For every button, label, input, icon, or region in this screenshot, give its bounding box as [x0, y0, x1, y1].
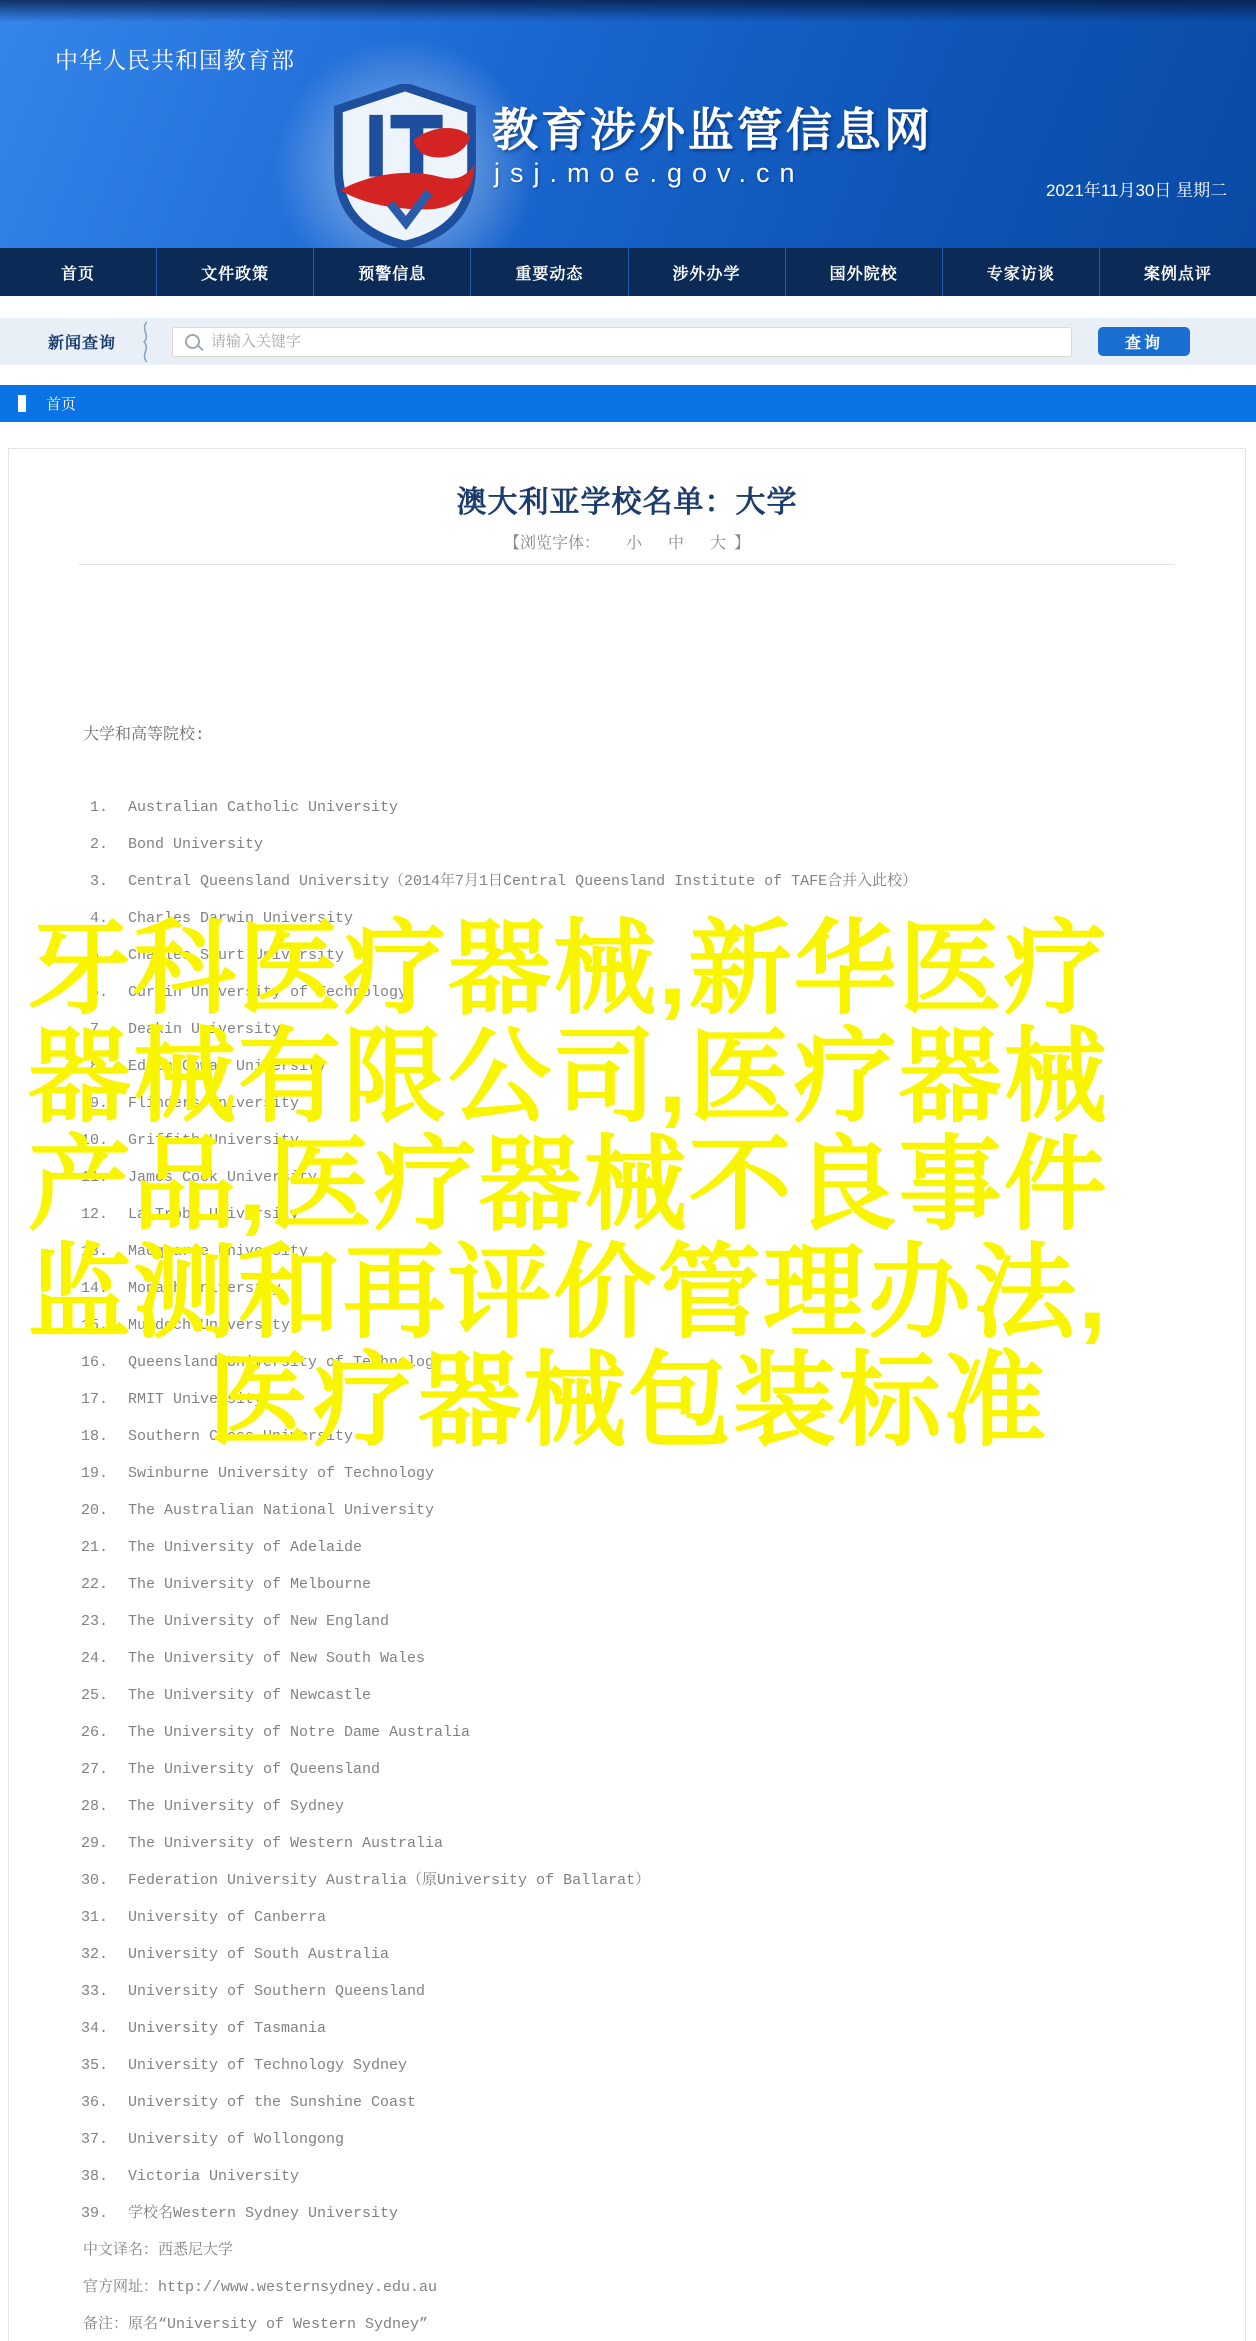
list-item-number: 5. — [73, 937, 108, 974]
list-item: 23. The University of New England — [9, 1603, 1245, 1640]
list-item-number: 29. — [73, 1825, 108, 1862]
list-item: 19. Swinburne University of Technology — [9, 1455, 1245, 1492]
list-item-name: University of Tasmania — [128, 2010, 326, 2047]
list-item-number: 14. — [73, 1270, 108, 1307]
search-icon — [185, 334, 200, 349]
list-item-number: 2. — [73, 826, 108, 863]
nav-item[interactable]: 国外院校 — [785, 248, 942, 296]
list-item: 32. University of South Australia — [9, 1936, 1245, 1973]
list-item-name: The University of Queensland — [128, 1751, 380, 1788]
section-heading: 大学和高等院校: — [83, 721, 205, 744]
list-item: 2. Bond University — [9, 826, 1245, 863]
list-item: 6. Curtin University of Technology — [9, 974, 1245, 1011]
list-item-number: 34. — [73, 2010, 108, 2047]
list-item-number: 28. — [73, 1788, 108, 1825]
list-item: 22. The University of Melbourne — [9, 1566, 1245, 1603]
list-item-number: 1. — [73, 789, 108, 826]
list-item-name: 学校名Western Sydney University — [128, 2195, 398, 2232]
nav-item[interactable]: 专家访谈 — [942, 248, 1099, 296]
list-item-name: Curtin University of Technology — [128, 974, 407, 1011]
list-item-number: 35. — [73, 2047, 108, 2084]
ministry-label: 中华人民共和国教育部 — [55, 42, 295, 75]
list-item-name: Victoria University — [128, 2158, 299, 2195]
search-input-box — [172, 327, 1072, 357]
list-item: 3. Central Queensland University（2014年7月… — [9, 863, 1245, 900]
list-item-number: 32. — [73, 1936, 108, 1973]
font-size-option[interactable]: 大 — [710, 535, 726, 552]
list-item: 12. La Trobe University — [9, 1196, 1245, 1233]
list-item-number: 31. — [73, 1899, 108, 1936]
list-item: 5. Charles Sturt University — [9, 937, 1245, 974]
list-item: 8. Edith Cowan University — [9, 1048, 1245, 1085]
list-item-number: 37. — [73, 2121, 108, 2158]
list-item: 26. The University of Notre Dame Austral… — [9, 1714, 1245, 1751]
list-item-name: The Australian National University — [128, 1492, 434, 1529]
nav-item[interactable]: 案例点评 — [1099, 248, 1256, 296]
list-item-name: Southern Cross University — [128, 1418, 353, 1455]
list-item-number: 19. — [73, 1455, 108, 1492]
list-item-number: 11. — [73, 1159, 108, 1196]
list-item-name: Central Queensland University（2014年7月1日C… — [128, 863, 917, 900]
list-item: 28. The University of Sydney — [9, 1788, 1245, 1825]
list-item: 9. Flinders University — [9, 1085, 1245, 1122]
list-item-number: 3. — [73, 863, 108, 900]
nav-item[interactable]: 涉外办学 — [628, 248, 785, 296]
list-item-number: 36. — [73, 2084, 108, 2121]
search-label: 新闻查询 — [48, 330, 116, 353]
list-item: 33. University of Southern Queensland — [9, 1973, 1245, 2010]
list-item: 14. Monash University — [9, 1270, 1245, 1307]
university-list: 1. Australian Catholic University 2. Bon… — [9, 789, 1245, 2232]
list-item: 7. Deakin University — [9, 1011, 1245, 1048]
list-item-name: Flinders University — [128, 1085, 299, 1122]
list-item-name: The University of Adelaide — [128, 1529, 362, 1566]
list-item-number: 27. — [73, 1751, 108, 1788]
nav-item[interactable]: 文件政策 — [156, 248, 313, 296]
list-item-name: James Cook University — [128, 1159, 317, 1196]
site-title: 教育涉外监管信息网 — [492, 94, 933, 160]
font-size-controls: 【浏览字体：小中大】 — [9, 530, 1245, 553]
list-item: 17. RMIT University — [9, 1381, 1245, 1418]
notes-block: 中文译名：西悉尼大学 官方网址：http://www.westernsydney… — [83, 2232, 437, 2341]
list-item-name: The University of Melbourne — [128, 1566, 371, 1603]
list-item-name: University of Canberra — [128, 1899, 326, 1936]
list-item-number: 8. — [73, 1048, 108, 1085]
list-item-number: 24. — [73, 1640, 108, 1677]
breadcrumb: 首页 — [0, 385, 1256, 422]
note-line: 备注：原名“University of Western Sydney” — [83, 2306, 437, 2341]
list-item: 16. Queensland University of Technology — [9, 1344, 1245, 1381]
list-item-name: The University of Newcastle — [128, 1677, 371, 1714]
list-item-name: University of Southern Queensland — [128, 1973, 425, 2010]
list-item-name: Edith Cowan University — [128, 1048, 326, 1085]
nav-item[interactable]: 重要动态 — [470, 248, 627, 296]
font-size-option[interactable]: 小 — [626, 535, 642, 552]
list-item-number: 22. — [73, 1566, 108, 1603]
brace-divider-icon — [138, 320, 150, 364]
list-item-number: 17. — [73, 1381, 108, 1418]
list-item: 21. The University of Adelaide — [9, 1529, 1245, 1566]
list-item-number: 33. — [73, 1973, 108, 2010]
list-item-number: 16. — [73, 1344, 108, 1381]
list-item-number: 10. — [73, 1122, 108, 1159]
list-item-name: Murdoch University — [128, 1307, 290, 1344]
list-item-name: Bond University — [128, 826, 263, 863]
font-size-label: 【浏览字体： — [504, 535, 600, 552]
font-size-option[interactable]: 中 — [668, 535, 684, 552]
search-button[interactable]: 查询 — [1098, 327, 1190, 356]
list-item-number: 20. — [73, 1492, 108, 1529]
breadcrumb-marker-icon — [18, 395, 26, 412]
list-item: 39. 学校名Western Sydney University — [9, 2195, 1245, 2232]
list-item-name: Griffith University — [128, 1122, 299, 1159]
list-item: 20. The Australian National University — [9, 1492, 1245, 1529]
list-item-number: 39. — [73, 2195, 108, 2232]
list-item-number: 23. — [73, 1603, 108, 1640]
list-item: 25. The University of Newcastle — [9, 1677, 1245, 1714]
list-item-number: 9. — [73, 1085, 108, 1122]
font-size-label-close: 】 — [734, 535, 750, 552]
list-item-name: Charles Darwin University — [128, 900, 353, 937]
list-item: 36. University of the Sunshine Coast — [9, 2084, 1245, 2121]
list-item-name: The University of Sydney — [128, 1788, 344, 1825]
main-nav: 首页 文件政策 预警信息 重要动态 涉外办学 国外院校 专家访谈 案例点评 — [0, 248, 1256, 296]
list-item: 1. Australian Catholic University — [9, 789, 1245, 826]
page-title: 澳大利亚学校名单：大学 — [9, 477, 1245, 521]
list-item-number: 13. — [73, 1233, 108, 1270]
list-item-number: 15. — [73, 1307, 108, 1344]
list-item: 13. Macquarie University — [9, 1233, 1245, 1270]
list-item-number: 4. — [73, 900, 108, 937]
list-item-number: 7. — [73, 1011, 108, 1048]
page: 中华人民共和国教育部 教育涉外监管信息网 jsj.moe.gov.cn 2021… — [0, 0, 1256, 2341]
list-item: 4. Charles Darwin University — [9, 900, 1245, 937]
list-item-name: Swinburne University of Technology — [128, 1455, 434, 1492]
nav-item[interactable]: 首页 — [0, 248, 156, 296]
list-item-number: 12. — [73, 1196, 108, 1233]
list-item: 10. Griffith University — [9, 1122, 1245, 1159]
list-item-number: 26. — [73, 1714, 108, 1751]
list-item-name: University of the Sunshine Coast — [128, 2084, 416, 2121]
list-item-name: The University of New South Wales — [128, 1640, 425, 1677]
note-line: 官方网址：http://www.westernsydney.edu.au — [83, 2269, 437, 2306]
search-input[interactable] — [209, 332, 1071, 351]
list-item-name: Queensland University of Technology — [128, 1344, 443, 1381]
search-bar: 新闻查询 查询 — [0, 318, 1256, 365]
list-item-name: Deakin University — [128, 1011, 281, 1048]
list-item-name: RMIT University — [128, 1381, 263, 1418]
list-item-number: 21. — [73, 1529, 108, 1566]
list-item-name: La Trobe University — [128, 1196, 299, 1233]
list-item-name: The University of Notre Dame Australia — [128, 1714, 470, 1751]
breadcrumb-home-link[interactable]: 首页 — [46, 393, 76, 414]
content-panel: 澳大利亚学校名单：大学 【浏览字体：小中大】 大学和高等院校: 1. Austr… — [8, 448, 1246, 2341]
list-item: 38. Victoria University — [9, 2158, 1245, 2195]
list-item: 24. The University of New South Wales — [9, 1640, 1245, 1677]
list-item-name: Federation University Australia（原Univers… — [128, 1862, 650, 1899]
list-item: 27. The University of Queensland — [9, 1751, 1245, 1788]
jsj-shield-logo-icon[interactable] — [330, 84, 480, 248]
list-item-number: 25. — [73, 1677, 108, 1714]
list-item-name: The University of New England — [128, 1603, 389, 1640]
site-header: 中华人民共和国教育部 教育涉外监管信息网 jsj.moe.gov.cn 2021… — [0, 0, 1256, 248]
list-item-name: Macquarie University — [128, 1233, 308, 1270]
list-item-name: The University of Western Australia — [128, 1825, 443, 1862]
list-item: 35. University of Technology Sydney — [9, 2047, 1245, 2084]
list-item-name: Australian Catholic University — [128, 789, 398, 826]
note-line: 中文译名：西悉尼大学 — [83, 2232, 437, 2269]
list-item: 37. University of Wollongong — [9, 2121, 1245, 2158]
divider — [79, 564, 1175, 565]
list-item: 15. Murdoch University — [9, 1307, 1245, 1344]
list-item-name: Charles Sturt University — [128, 937, 344, 974]
list-item: 30. Federation University Australia（原Uni… — [9, 1862, 1245, 1899]
header-date: 2021年11月30日 星期二 — [1046, 176, 1227, 201]
list-item-name: University of Technology Sydney — [128, 2047, 407, 2084]
list-item: 29. The University of Western Australia — [9, 1825, 1245, 1862]
list-item: 34. University of Tasmania — [9, 2010, 1245, 2047]
list-item-name: University of Wollongong — [128, 2121, 344, 2158]
nav-item[interactable]: 预警信息 — [313, 248, 470, 296]
list-item-number: 30. — [73, 1862, 108, 1899]
list-item: 11. James Cook University — [9, 1159, 1245, 1196]
list-item: 31. University of Canberra — [9, 1899, 1245, 1936]
list-item-number: 18. — [73, 1418, 108, 1455]
site-url: jsj.moe.gov.cn — [494, 158, 805, 189]
list-item-number: 6. — [73, 974, 108, 1011]
list-item: 18. Southern Cross University — [9, 1418, 1245, 1455]
list-item-name: Monash University — [128, 1270, 281, 1307]
list-item-name: University of South Australia — [128, 1936, 389, 1973]
list-item-number: 38. — [73, 2158, 108, 2195]
